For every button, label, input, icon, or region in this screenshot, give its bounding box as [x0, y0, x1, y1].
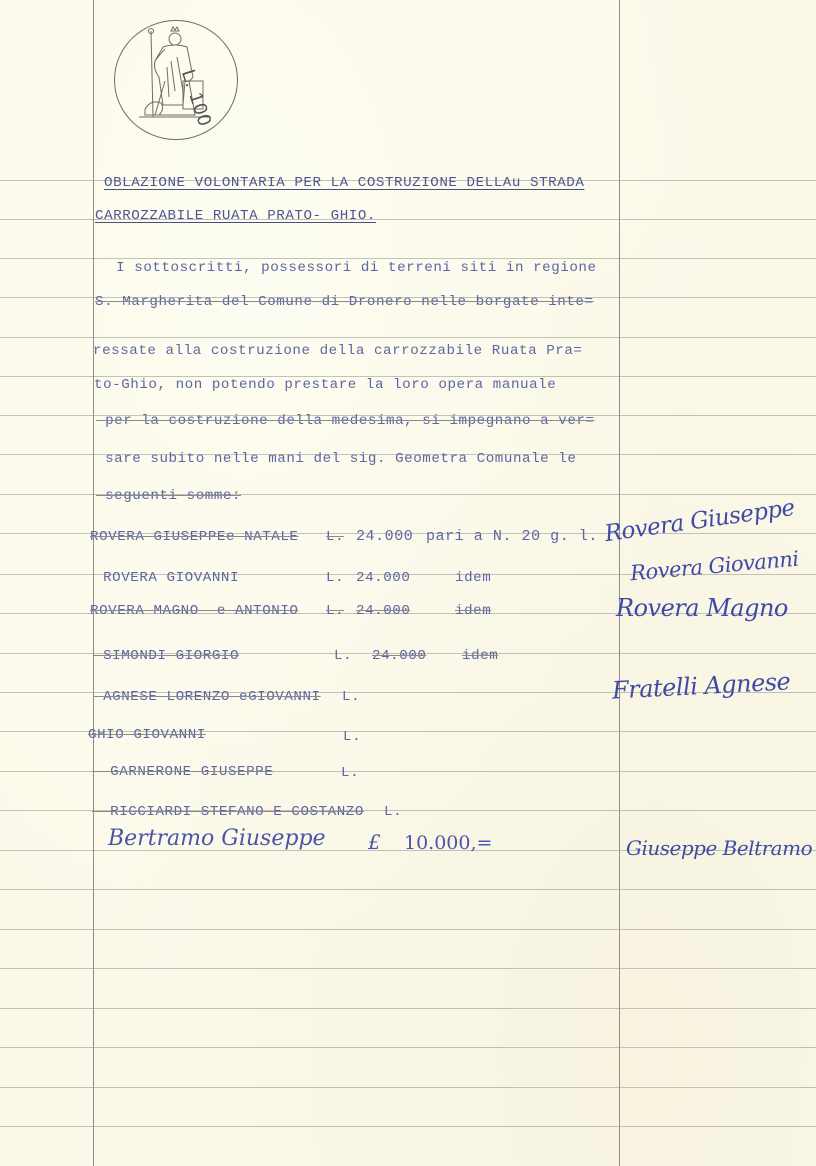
- handwritten-amount: 10.000,=: [404, 832, 492, 854]
- ruled-line: [0, 1047, 816, 1048]
- contribution-note: idem: [455, 569, 491, 587]
- contribution-currency: L.: [384, 803, 402, 821]
- contributor-name: GARNERONE GIUSEPPE: [92, 763, 273, 781]
- contributor-name: GHIO GIOVANNI: [88, 726, 206, 744]
- body-line: sare subito nelle mani del sig. Geometra…: [96, 450, 576, 468]
- ruled-line: [0, 929, 816, 930]
- document-title-line-2: CARROZZABILE RUATA PRATO- GHIO.: [95, 207, 376, 225]
- contribution-amount: 24.000: [356, 569, 410, 587]
- contribution-amount: 24.000: [356, 528, 413, 546]
- signature: Giuseppe Beltramo: [626, 836, 812, 860]
- contributor-name: ROVERA MAGNO e ANTONIO: [90, 602, 298, 620]
- contributor-name: ROVERA GIUSEPPEe NATALE: [90, 528, 298, 546]
- contribution-amount: 24.000: [372, 647, 426, 665]
- ruled-line: [0, 968, 816, 969]
- right-margin-line: [619, 0, 620, 1166]
- handwritten-name: Bertramo Giuseppe: [108, 826, 326, 851]
- document-title-line-1: OBLAZIONE VOLONTARIA PER LA COSTRUZIONE …: [104, 174, 584, 192]
- contributor-name: RICCIARDI STEFANO E COSTANZO: [92, 803, 364, 821]
- contribution-currency: L.: [341, 764, 359, 782]
- body-line: ressate alla costruzione della carrozzab…: [93, 342, 582, 360]
- contribution-amount: 24.000: [356, 602, 410, 620]
- handwritten-currency-symbol: £: [368, 830, 381, 854]
- signature: Rovera Giovanni: [629, 547, 799, 586]
- signature: Fratelli Agnese: [611, 667, 791, 704]
- contributor-name: AGNESE LORENZO eGIOVANNI: [94, 688, 321, 706]
- body-line: per la costruzione della medesima, si im…: [96, 412, 595, 430]
- contribution-note: pari a N. 20 g. l.: [426, 528, 598, 546]
- contribution-note: idem: [455, 602, 491, 620]
- contribution-currency: L.: [326, 602, 344, 620]
- revenue-stamp-seated-figure-icon: [115, 21, 237, 139]
- contribution-currency: L.: [326, 569, 344, 587]
- contributor-name: ROVERA GIOVANNI: [94, 569, 239, 587]
- ruled-line: [0, 889, 816, 890]
- body-line: S. Margherita del Comune di Dronero nell…: [95, 293, 594, 311]
- ruled-line: [0, 1126, 816, 1127]
- contribution-note: idem: [462, 647, 498, 665]
- ruled-line: [0, 1008, 816, 1009]
- contribution-currency: L.: [343, 728, 361, 746]
- contribution-currency: L.: [342, 688, 360, 706]
- body-line: seguenti somme:: [96, 487, 241, 505]
- revenue-stamp: L. 100: [114, 20, 238, 140]
- ruled-line: [0, 337, 816, 338]
- ruled-line: [0, 1087, 816, 1088]
- contributor-name: SIMONDI GIORGIO: [94, 647, 239, 665]
- contribution-currency: L.: [334, 647, 352, 665]
- contribution-currency: L.: [326, 528, 344, 546]
- body-line: to-Ghio, non potendo prestare la loro op…: [94, 376, 556, 394]
- signature: Rovera Giuseppe: [603, 495, 796, 547]
- signature: Rovera Magno: [616, 594, 788, 622]
- body-line: I sottoscritti, possessori di terreni si…: [98, 259, 597, 277]
